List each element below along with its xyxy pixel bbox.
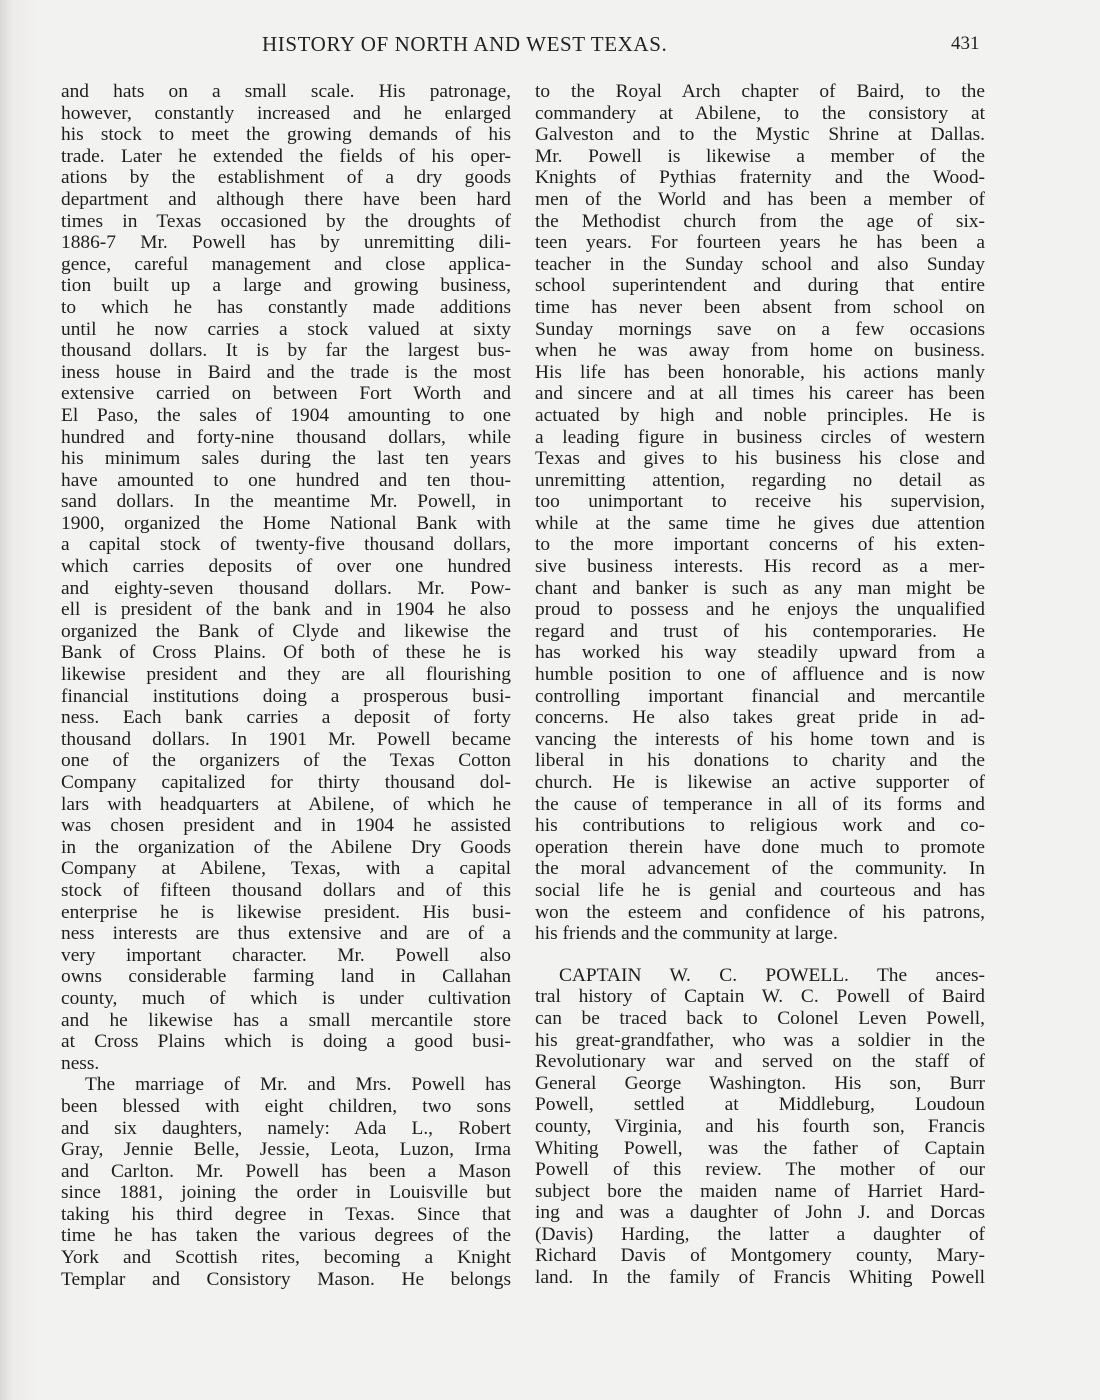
text-line: iness house in Baird and the trade is th… bbox=[61, 362, 511, 384]
text-line: Knights of Pythias fraternity and the Wo… bbox=[535, 167, 985, 189]
text-line: vancing the interests of his home town a… bbox=[535, 729, 985, 751]
text-line: his great-grandfather, who was a soldier… bbox=[535, 1030, 985, 1052]
text-line: very important character. Mr. Powell als… bbox=[61, 945, 511, 967]
text-line: extensive carried on between Fort Worth … bbox=[61, 383, 511, 405]
text-line: The marriage of Mr. and Mrs. Powell has bbox=[61, 1074, 511, 1096]
text-line: hundred and forty-nine thousand dollars,… bbox=[61, 427, 511, 449]
text-line: General George Washington. His son, Burr bbox=[535, 1073, 985, 1095]
text-line: ness. bbox=[61, 1053, 511, 1075]
text-line: his friends and the community at large. bbox=[535, 923, 985, 945]
text-line: until he now carries a stock valued at s… bbox=[61, 319, 511, 341]
section-heading: CAPTAIN W. C. POWELL. bbox=[559, 965, 849, 986]
text-line: ness interests are thus extensive and ar… bbox=[61, 923, 511, 945]
text-line: lars with headquarters at Abilene, of wh… bbox=[61, 794, 511, 816]
text-line: concerns. He also takes great pride in a… bbox=[535, 707, 985, 729]
text-line: likewise president and they are all flou… bbox=[61, 664, 511, 686]
text-line: 1886-7 Mr. Powell has by unremitting dil… bbox=[61, 232, 511, 254]
text-line: school superintendent and during that en… bbox=[535, 275, 985, 297]
text-line: Sunday mornings save on a few occasions bbox=[535, 319, 985, 341]
text-line: while at the same time he gives due atte… bbox=[535, 513, 985, 535]
text-line: trade. Later he extended the fields of h… bbox=[61, 146, 511, 168]
text-line: department and although there have been … bbox=[61, 189, 511, 211]
running-head: HISTORY OF NORTH AND WEST TEXAS. 431 bbox=[0, 30, 1100, 60]
text-line: the Methodist church from the age of six… bbox=[535, 211, 985, 233]
text-line: county, much of which is under cultivati… bbox=[61, 988, 511, 1010]
text-line: regard and trust of his contemporaries. … bbox=[535, 621, 985, 643]
text-line: unremitting attention, regarding no deta… bbox=[535, 470, 985, 492]
text-line: teacher in the Sunday school and also Su… bbox=[535, 254, 985, 276]
text-line: enterprise he is likewise president. His… bbox=[61, 902, 511, 924]
text-line: county, Virginia, and his fourth son, Fr… bbox=[535, 1116, 985, 1138]
text-line: the moral advancement of the community. … bbox=[535, 858, 985, 880]
text-line: sand dollars. In the meantime Mr. Powell… bbox=[61, 491, 511, 513]
text-line: his stock to meet the growing demands of… bbox=[61, 124, 511, 146]
text-line: time has never been absent from school o… bbox=[535, 297, 985, 319]
text-line: gence, careful management and close appl… bbox=[61, 254, 511, 276]
text-line: taking his third degree in Texas. Since … bbox=[61, 1204, 511, 1226]
text-line: too unimportant to receive his supervisi… bbox=[535, 491, 985, 513]
text-line: tral history of Captain W. C. Powell of … bbox=[535, 986, 985, 1008]
text-line: operation therein have done much to prom… bbox=[535, 837, 985, 859]
text-line: and eighty-seven thousand dollars. Mr. P… bbox=[61, 578, 511, 600]
text-line: ness. Each bank carries a deposit of for… bbox=[61, 707, 511, 729]
text-line: Templar and Consistory Mason. He belongs bbox=[61, 1269, 511, 1291]
text-line: liberal in his donations to charity and … bbox=[535, 750, 985, 772]
section-first-line: CAPTAIN W. C. POWELL. The ances- bbox=[535, 965, 985, 987]
text-line: ing and was a daughter of John J. and Do… bbox=[535, 1202, 985, 1224]
text-line: ations by the establishment of a dry goo… bbox=[61, 167, 511, 189]
text-line: however, constantly increased and he enl… bbox=[61, 103, 511, 125]
text-line: his contributions to religious work and … bbox=[535, 815, 985, 837]
text-line: Revolutionary war and served on the staf… bbox=[535, 1051, 985, 1073]
text-line: chant and banker is such as any man migh… bbox=[535, 578, 985, 600]
text-line: owns considerable farming land in Callah… bbox=[61, 966, 511, 988]
book-page: HISTORY OF NORTH AND WEST TEXAS. 431 and… bbox=[0, 0, 1100, 1400]
text-line: Powell of this review. The mother of our bbox=[535, 1159, 985, 1181]
text-line: Company capitalized for thirty thousand … bbox=[61, 772, 511, 794]
text-line: been blessed with eight children, two so… bbox=[61, 1096, 511, 1118]
text-line: Mr. Powell is likewise a member of the bbox=[535, 146, 985, 168]
section-spacer bbox=[535, 945, 985, 965]
text-line: humble position to one of affluence and … bbox=[535, 664, 985, 686]
text-line: tion built up a large and growing busine… bbox=[61, 275, 511, 297]
text-line: a leading figure in business circles of … bbox=[535, 427, 985, 449]
text-line: since 1881, joining the order in Louisvi… bbox=[61, 1182, 511, 1204]
text-line: York and Scottish rites, becoming a Knig… bbox=[61, 1247, 511, 1269]
text-line: have amounted to one hundred and ten tho… bbox=[61, 470, 511, 492]
text-line: and he likewise has a small mercantile s… bbox=[61, 1010, 511, 1032]
text-line: was chosen president and in 1904 he assi… bbox=[61, 815, 511, 837]
left-column: and hats on a small scale. His patronage… bbox=[61, 81, 511, 1290]
text-line: Whiting Powell, was the father of Captai… bbox=[535, 1138, 985, 1160]
text-line: can be traced back to Colonel Leven Powe… bbox=[535, 1008, 985, 1030]
section-lead-text: The ances- bbox=[877, 965, 985, 986]
text-line: teen years. For fourteen years he has be… bbox=[535, 232, 985, 254]
text-line: won the esteem and confidence of his pat… bbox=[535, 902, 985, 924]
text-line: Bank of Cross Plains. Of both of these h… bbox=[61, 642, 511, 664]
text-line: Gray, Jennie Belle, Jessie, Leota, Luzon… bbox=[61, 1139, 511, 1161]
text-line: a capital stock of twenty-five thousand … bbox=[61, 534, 511, 556]
text-line: and hats on a small scale. His patronage… bbox=[61, 81, 511, 103]
text-line: 1900, organized the Home National Bank w… bbox=[61, 513, 511, 535]
right-column: to the Royal Arch chapter of Baird, to t… bbox=[535, 81, 985, 1289]
text-line: and sincere and at all times his career … bbox=[535, 383, 985, 405]
text-line: Texas and gives to his business his clos… bbox=[535, 448, 985, 470]
text-line: has worked his way steadily upward from … bbox=[535, 642, 985, 664]
text-line: El Paso, the sales of 1904 amounting to … bbox=[61, 405, 511, 427]
text-line: time he has taken the various degrees of… bbox=[61, 1225, 511, 1247]
running-title: HISTORY OF NORTH AND WEST TEXAS. bbox=[262, 32, 667, 57]
text-line: (Davis) Harding, the latter a daughter o… bbox=[535, 1224, 985, 1246]
text-line: stock of fifteen thousand dollars and of… bbox=[61, 880, 511, 902]
text-line: thousand dollars. In 1901 Mr. Powell bec… bbox=[61, 729, 511, 751]
text-line: His life has been honorable, his actions… bbox=[535, 362, 985, 384]
text-line: financial institutions doing a prosperou… bbox=[61, 686, 511, 708]
text-line: Galveston and to the Mystic Shrine at Da… bbox=[535, 124, 985, 146]
text-line: land. In the family of Francis Whiting P… bbox=[535, 1267, 985, 1289]
text-line: actuated by high and noble principles. H… bbox=[535, 405, 985, 427]
text-line: ell is president of the bank and in 1904… bbox=[61, 599, 511, 621]
text-line: Richard Davis of Montgomery county, Mary… bbox=[535, 1245, 985, 1267]
text-line: subject bore the maiden name of Harriet … bbox=[535, 1181, 985, 1203]
text-line: his minimum sales during the last ten ye… bbox=[61, 448, 511, 470]
text-line: Company at Abilene, Texas, with a capita… bbox=[61, 858, 511, 880]
text-line: which carries deposits of over one hundr… bbox=[61, 556, 511, 578]
text-line: to the more important concerns of his ex… bbox=[535, 534, 985, 556]
text-line: social life he is genial and courteous a… bbox=[535, 880, 985, 902]
text-line: church. He is likewise an active support… bbox=[535, 772, 985, 794]
text-line: to which he has constantly made addition… bbox=[61, 297, 511, 319]
text-line: to the Royal Arch chapter of Baird, to t… bbox=[535, 81, 985, 103]
text-line: in the organization of the Abilene Dry G… bbox=[61, 837, 511, 859]
text-line: the cause of temperance in all of its fo… bbox=[535, 794, 985, 816]
text-line: Powell, settled at Middleburg, Loudoun bbox=[535, 1094, 985, 1116]
text-line: and Carlton. Mr. Powell has been a Mason bbox=[61, 1161, 511, 1183]
text-line: sive business interests. His record as a… bbox=[535, 556, 985, 578]
text-line: when he was away from home on business. bbox=[535, 340, 985, 362]
text-line: one of the organizers of the Texas Cotto… bbox=[61, 750, 511, 772]
page-number: 431 bbox=[951, 33, 980, 55]
text-line: proud to possess and he enjoys the unqua… bbox=[535, 599, 985, 621]
text-line: and six daughters, namely: Ada L., Rober… bbox=[61, 1118, 511, 1140]
text-line: thousand dollars. It is by far the large… bbox=[61, 340, 511, 362]
text-line: organized the Bank of Clyde and likewise… bbox=[61, 621, 511, 643]
text-line: men of the World and has been a member o… bbox=[535, 189, 985, 211]
text-line: commandery at Abilene, to the consistory… bbox=[535, 103, 985, 125]
text-line: times in Texas occasioned by the drought… bbox=[61, 211, 511, 233]
text-line: at Cross Plains which is doing a good bu… bbox=[61, 1031, 511, 1053]
text-line: controlling important financial and merc… bbox=[535, 686, 985, 708]
